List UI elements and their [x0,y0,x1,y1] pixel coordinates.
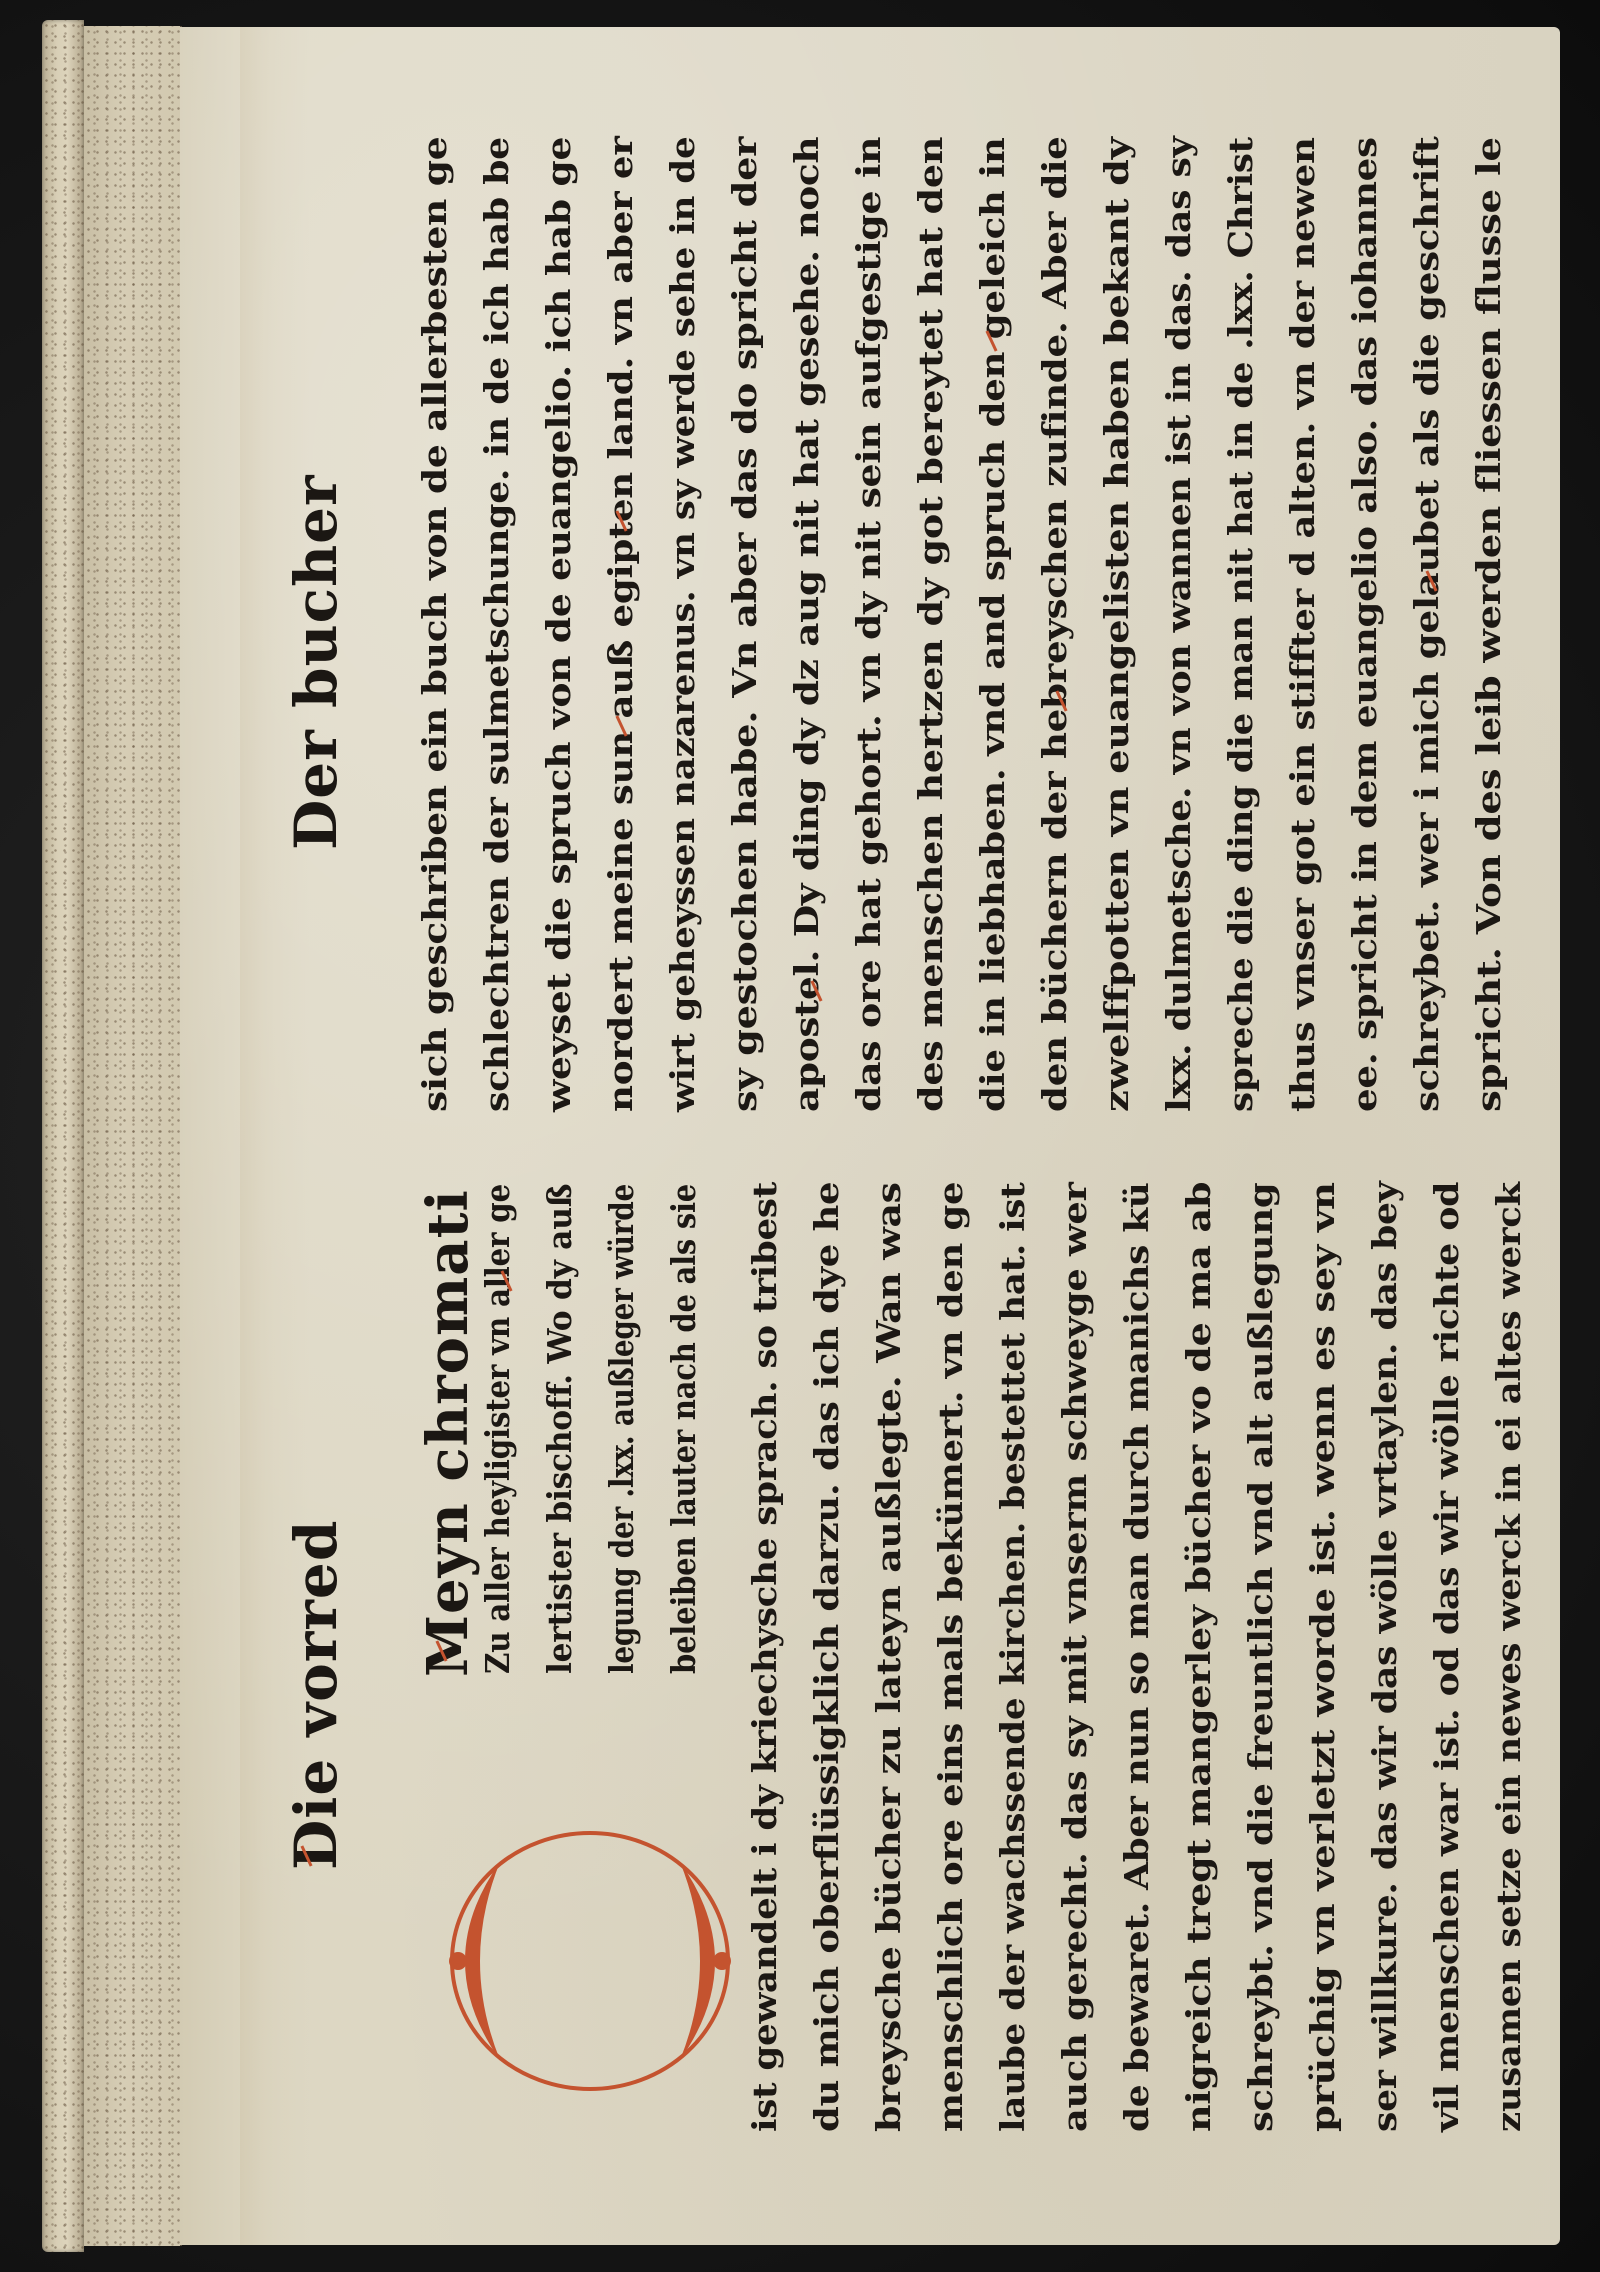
text-line: nigreich tregt mangerley bücher vo de ma… [1179,1182,1218,2132]
text-line: beleiben lauter nach de als sie [664,1184,703,1674]
text-line: vil menschen war ist. od das wir wölle r… [1427,1182,1466,2132]
text-line: sy gestochen habe. Vn aber das do sprich… [725,137,764,1112]
text-line: laube der wachssende kirchen. bestettet … [993,1183,1032,2132]
text-line: die in liebhaben. vnd and spruch den gel… [973,137,1012,1112]
text-line: prüchig vn verletzt worde ist. wenn es s… [1303,1182,1342,2132]
text-line: den büchern der hebreyschen zufinde. Abe… [1035,137,1074,1112]
text-line: legung der .lxx. außleger würde [602,1184,641,1674]
text-line: auch gerecht. das sy mit vnserm schweyge… [1055,1182,1094,2132]
text-line: spricht. Von des leib werden fliessen fl… [1469,137,1508,1112]
text-line: de bewaret. Aber nun so man durch manich… [1117,1182,1156,2132]
text-line: wirt geheyssen nazarenus. vn sy werde se… [663,137,702,1112]
text-line: ser willkure. das wir das wölle vrtaylen… [1365,1181,1404,2132]
text-line: lertister bischoff. Wo dy auß [540,1184,579,1674]
text-line: ist gewandelt i dy kriechysche sprach. s… [745,1182,784,2132]
text-line: du mich oberflüssigklich darzu. das ich … [807,1182,846,2132]
text-line: thus vnser got ein stiffter d alten. vn … [1283,137,1322,1112]
text-line: sich geschriben ein buch von de allerbes… [415,137,454,1112]
text-line: Zu aller heyligister vn aller ge [478,1184,517,1674]
heading-meyn-chromati: Meyn chromati [415,1189,481,1677]
red-initial-o [440,1822,740,2100]
text-line: weyset die spruch von de euangelio. ich … [539,137,578,1112]
text-line: menschlich ore eins mals bekümert. vn de… [931,1182,970,2132]
text-line: apostel. Dy ding dy dz aug nit hat geseh… [787,137,826,1112]
text-line: schlechtren der sulmetschunge. in de ich… [477,137,516,1112]
text-line: schreybt. vnd die freuntlich vnd alt auß… [1241,1183,1280,2132]
text-line: spreche die ding die man nit hat in de .… [1221,137,1260,1112]
text-line: zusamen setze ein newes werck in ei alte… [1489,1182,1528,2132]
text-line: das ore hat gehort. vn dy nit sein aufge… [849,137,888,1112]
text-line: lxx. dulmetsche. vn von wannen ist in da… [1159,137,1198,1112]
text-line: schreybet. wer i mich gelaubet als die g… [1407,137,1446,1112]
heading-der-bucher: Der bucher [282,474,350,850]
text-line: des menschen hertzen dy got bereytet hat… [911,137,950,1112]
text-line: ee. spricht in dem euangelio also. das i… [1345,137,1384,1112]
page-text-frame: Die vorred Meyn chromati Zu aller heylig… [0,0,1600,2272]
heading-die-vorred: Die vorred [282,1520,350,1870]
text-line: nordert meine sun auß egipten land. vn a… [601,137,640,1112]
text-line: breysche bücher zu lateyn außlegte. Wan … [869,1182,908,2132]
text-line: zwelffpotten vn euangelisten haben bekan… [1097,137,1136,1112]
